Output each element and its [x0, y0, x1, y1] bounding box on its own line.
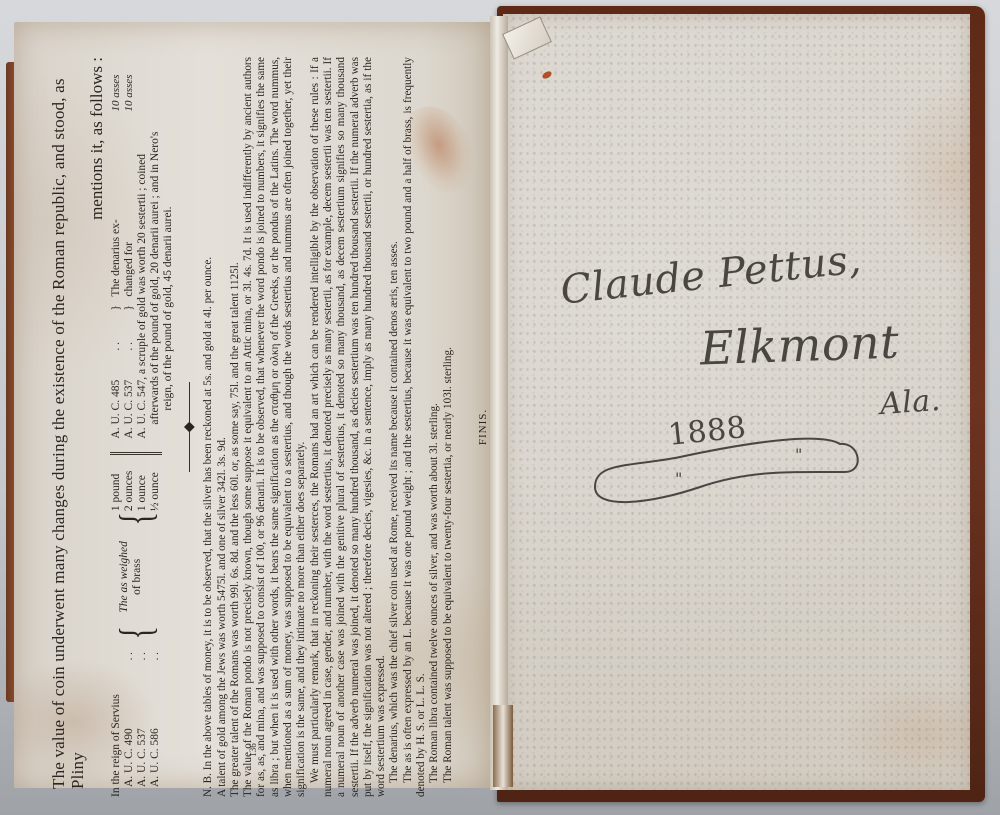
- asses-column: 10 asses 10 asses: [110, 57, 136, 112]
- reign-row: A. U. C. 537: [136, 670, 149, 797]
- paragraph: The value of the Roman pondo is not prec…: [242, 57, 308, 797]
- weight-value: 1 pound: [110, 455, 123, 511]
- leader-dot: . .: [149, 643, 162, 670]
- auc-note: changed for: [123, 242, 136, 297]
- auc-continuation: reign, of the pound of gold, 45 denarii …: [162, 112, 175, 439]
- paragraph: The denarius, which was the chief silver…: [388, 57, 401, 797]
- printed-text-block: The value of coin underwent many changes…: [49, 57, 449, 797]
- ditto-mark: ": [795, 445, 802, 464]
- coin-value-table: In the reign of Servius A. U. C. 490 A. …: [110, 57, 175, 797]
- weights-column: 1 pound 2 ounces 1 ounce ½ ounce: [110, 455, 162, 511]
- leader-dot: . .: [110, 311, 123, 351]
- auc-label: A. U. C. 485: [110, 351, 123, 439]
- paragraph: A talent of gold among the Jews was wort…: [216, 57, 229, 797]
- book-spine: [490, 16, 508, 790]
- inscription-town: Elkmont: [699, 315, 900, 376]
- auc-note: The denarius ex-: [110, 219, 123, 296]
- auc-column: A. U. C. 485 . . } The denarius ex- A. U…: [110, 112, 175, 439]
- paragraph-nb: N. B. In the above tables of money, it i…: [202, 57, 215, 797]
- torn-spine-bottom: [493, 705, 513, 787]
- heading-line-2: mentions it, as follows :: [87, 57, 106, 797]
- weight-value: ½ ounce: [149, 455, 162, 511]
- brace-icon: }: [110, 297, 123, 311]
- inscription-state: Ala.: [879, 383, 942, 422]
- leader-dots: . . . . . .: [110, 643, 162, 670]
- paragraph: The Roman talent was supposed to be equi…: [442, 57, 455, 797]
- pen-flourish-icon: " ": [590, 432, 860, 512]
- auc-continuation: afterwards of the pound of gold, 20 dena…: [149, 112, 162, 439]
- asses-value: 10 asses: [123, 75, 135, 112]
- leader-dot: . .: [123, 311, 136, 351]
- paragraph: The as is often expressed by an L. becau…: [402, 57, 429, 797]
- as-label-line-2: of brass: [131, 529, 144, 624]
- paragraph: The greater talent of the Romans was wor…: [229, 57, 242, 797]
- weight-value: 2 ounces: [123, 455, 136, 511]
- reign-row: A. U. C. 586: [149, 670, 162, 797]
- reign-head: In the reign of Servius: [110, 670, 123, 797]
- brace-icon: {: [110, 515, 162, 526]
- page-number: 136: [248, 743, 258, 757]
- brace-icon: }: [123, 297, 136, 311]
- left-page: The value of coin underwent many changes…: [14, 22, 492, 788]
- finis-label: FINIS.: [477, 57, 490, 797]
- auc-row: A. U. C. 537 . . } changed for: [123, 112, 136, 439]
- asses-value: 10 asses: [110, 75, 122, 112]
- reign-column: In the reign of Servius A. U. C. 490 A. …: [110, 670, 162, 797]
- auc-row: A. U. C. 547, a scruple of gold was wort…: [136, 112, 149, 439]
- leader-dot: . .: [136, 643, 149, 670]
- heading-line-1: The value of coin underwent many changes…: [49, 57, 87, 789]
- leader-dot: . .: [123, 643, 136, 670]
- auc-label: A. U. C. 537: [123, 351, 136, 439]
- paragraph: The Roman libra contained twelve ounces …: [428, 57, 441, 797]
- auc-row: A. U. C. 485 . . } The denarius ex-: [110, 112, 123, 439]
- as-label-line-1: The as weighed: [118, 541, 130, 613]
- paragraph: We must particularly remark, that in rec…: [309, 57, 389, 797]
- double-rule-divider: [110, 445, 162, 455]
- reign-row: A. U. C. 490: [123, 670, 136, 797]
- weight-value: 1 ounce: [136, 455, 149, 511]
- ditto-mark: ": [675, 469, 682, 488]
- as-label: The as weighed of brass: [110, 529, 144, 624]
- ornament-divider: ◆: [183, 57, 196, 797]
- diamond-ornament-icon: ◆: [182, 422, 197, 433]
- brace-icon: {: [110, 628, 162, 639]
